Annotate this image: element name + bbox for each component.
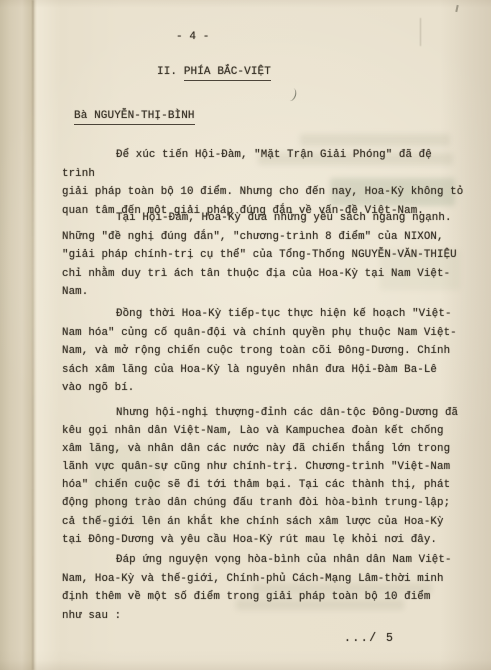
pen-mark <box>285 87 298 102</box>
page-number: - 4 - <box>176 31 210 43</box>
continuation-marker: .../ 5 <box>344 632 394 645</box>
section-numeral: II. <box>157 66 184 78</box>
paper-crease <box>32 0 34 670</box>
speaker-heading: Bà NGUYỄN-THỊ-BÌNH <box>74 110 195 122</box>
paragraph: Tại Hội-Đàm, Hoa-Kỳ đưa những yêu sách n… <box>62 209 464 302</box>
section-title: PHÍA BẮC-VIỆT <box>184 66 271 81</box>
paragraph: Nhưng hội-nghị thượng-đỉnh các dân-tộc Đ… <box>62 404 464 549</box>
paper-speck <box>455 5 458 12</box>
section-heading: II. PHÍA BẮC-VIỆT <box>157 66 271 78</box>
bleed-through-smudge <box>300 134 450 146</box>
speaker-name: Bà NGUYỄN-THỊ-BÌNH <box>74 110 195 125</box>
paragraph: Đáp ứng nguyện vọng hòa-bình của nhân dâ… <box>62 551 464 625</box>
scanned-document-page: - 4 - II. PHÍA BẮC-VIỆT Bà NGUYỄN-THỊ-BÌ… <box>0 0 491 670</box>
paragraph: Đồng thời Hoa-Kỳ tiếp-tục thực hiện kế h… <box>62 305 464 398</box>
paper-scratch <box>420 18 421 46</box>
